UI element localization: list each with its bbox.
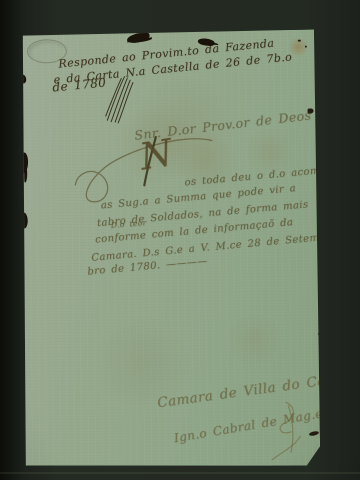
ink-speck-bottom-right bbox=[309, 430, 320, 436]
signature-name-line: Ign.o Cabral de Mag.es bbox=[173, 405, 330, 445]
manuscript-paper: Responde ao Provim.to da Fazenda e da Ca… bbox=[21, 29, 321, 468]
ink-scribble bbox=[103, 72, 140, 125]
ink-speck-corner-2 bbox=[305, 46, 307, 48]
signature-rubric bbox=[252, 398, 308, 463]
photographed-manuscript: Responde ao Provim.to da Fazenda e da Ca… bbox=[0, 0, 360, 480]
interline-insertion: D.o teor bbox=[110, 218, 146, 230]
ink-speck-corner-1 bbox=[298, 40, 301, 42]
body-initial-letter: N bbox=[137, 131, 177, 180]
ink-blot-top-left bbox=[126, 32, 150, 44]
